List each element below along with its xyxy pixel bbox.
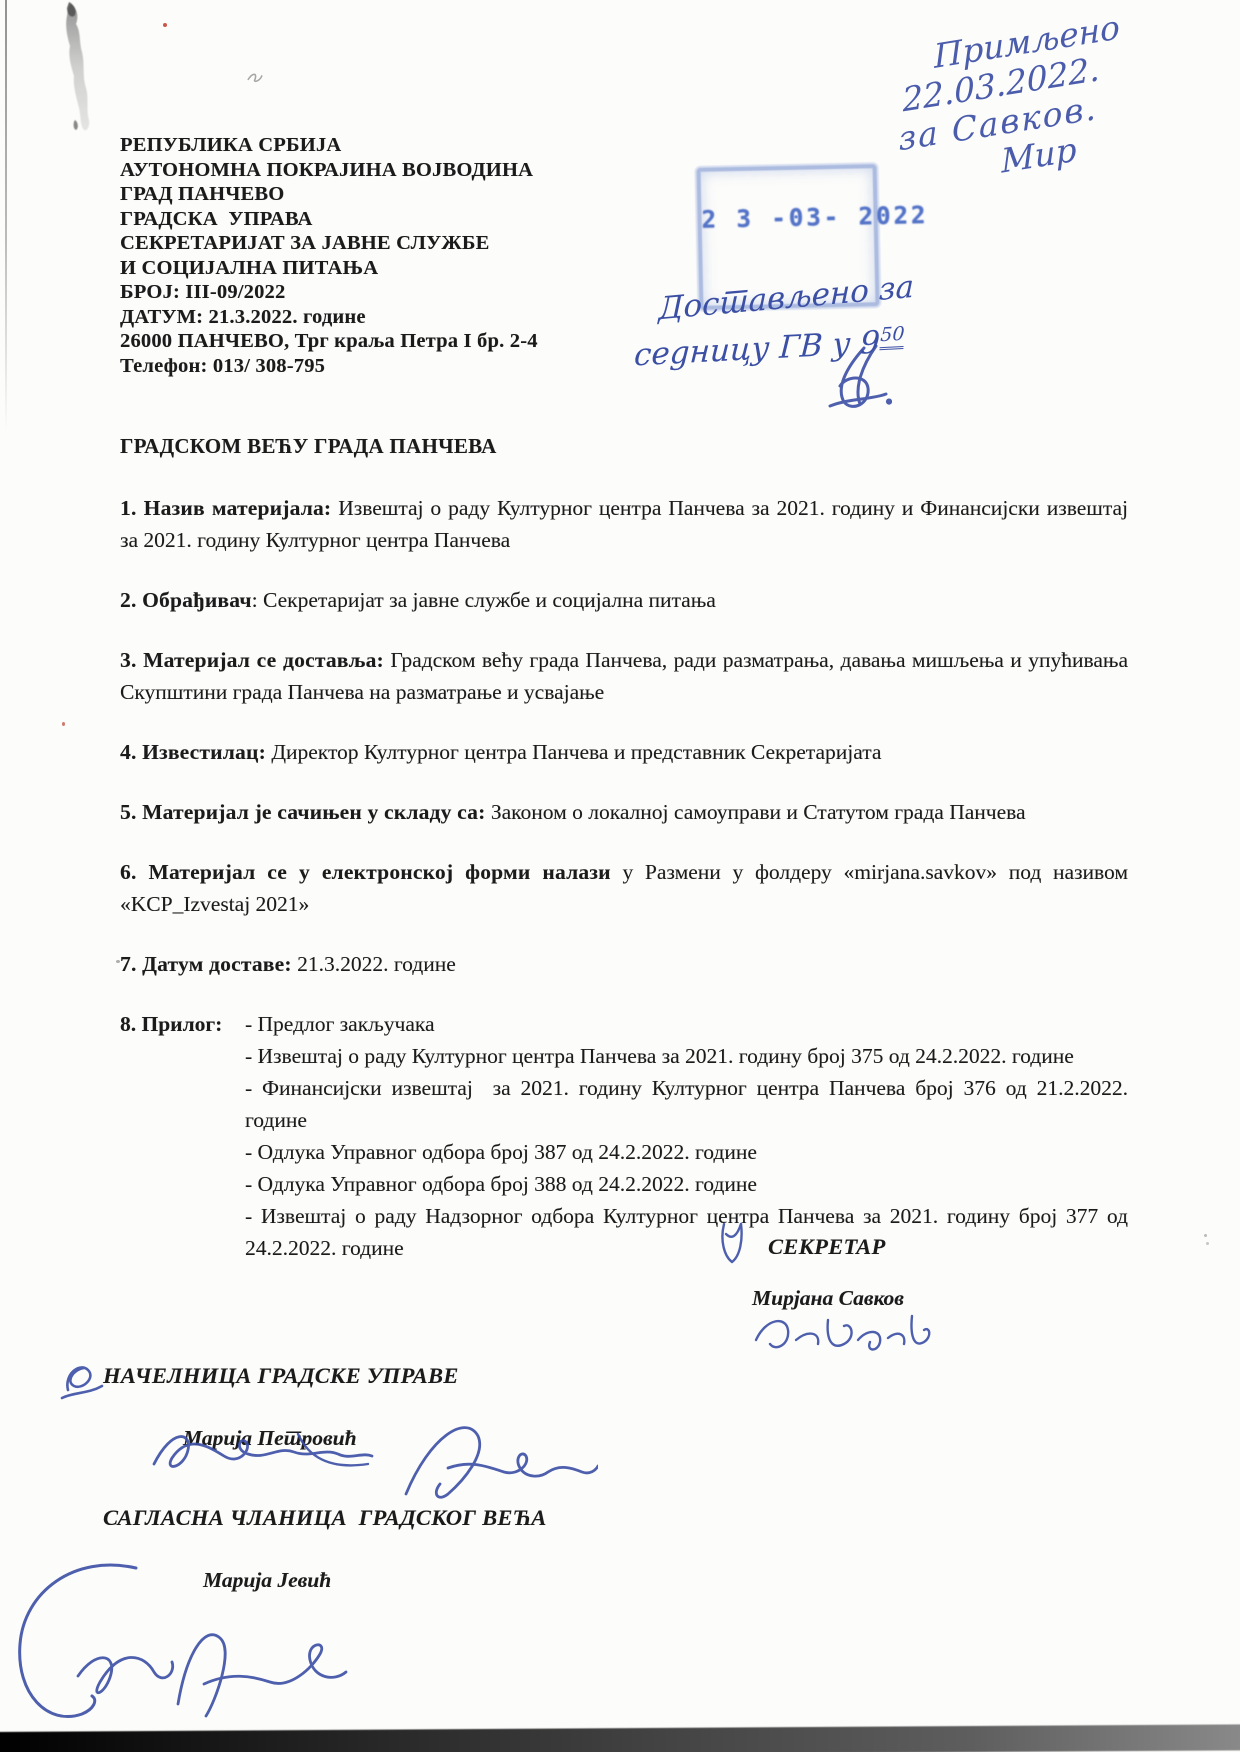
consent-member-title: САГЛАСНА ЧЛАНИЦА ГРАДСКОГ ВЕЋА — [103, 1505, 547, 1531]
attachment-item: - Финансијски извештај за 2021. годину К… — [245, 1072, 1128, 1136]
handwritten-initials-paraph — [812, 342, 892, 412]
attachments-list: - Предлог закључака- Извештај о раду Кул… — [245, 1008, 1128, 1264]
item-label: 2. Обрађивач — [120, 588, 252, 612]
small-ink-scribble — [60, 1358, 104, 1404]
letterhead-line: Телефон: 013/ 308-795 — [120, 354, 1128, 379]
numbered-item: 7. Датум доставе: 21.3.2022. године — [120, 948, 1128, 980]
item-label: 5. Материјал је сачињен у складу са: — [120, 800, 485, 824]
item-label: 3. Материјал се доставља: — [120, 648, 384, 672]
red-speck-artifact — [163, 23, 167, 27]
item-text: Директор Културног центра Панчева и пред… — [266, 740, 881, 764]
attachment-item: - Одлука Управног одбора број 388 од 24.… — [245, 1168, 1128, 1200]
numbered-item: 2. Обрађивач: Секретаријат за јавне служ… — [120, 584, 1128, 616]
attachment-item: - Извештај о раду Надзорног одбора Култу… — [245, 1200, 1128, 1264]
stamp-date: 2 3 -03- 2022 — [701, 202, 874, 234]
numbered-item: 5. Материјал је сачињен у складу са: Зак… — [120, 796, 1128, 828]
signature-marija-jevic — [8, 1552, 348, 1732]
gray-speck-artifact — [1204, 1234, 1207, 1237]
small-ink-mark — [716, 1218, 746, 1266]
signature-mirjana-savkov — [748, 1300, 938, 1360]
attachments-section: 8. Прилог: - Предлог закључака- Извештај… — [120, 1008, 1128, 1264]
scan-edge-line — [5, 0, 7, 432]
document-body: РЕПУБЛИКА СРБИЈААУТОНОМНА ПОКРАЈИНА ВОЈВ… — [120, 133, 1128, 1264]
item-label: 4. Известилац: — [120, 740, 266, 764]
item-text: 21.3.2022. године — [292, 952, 456, 976]
numbered-item: 3. Материјал се доставља: Градском већу … — [120, 644, 1128, 708]
attachment-item: - Извештај о раду Културног центра Панче… — [245, 1040, 1128, 1072]
left-signatory-title: НАЧЕЛНИЦА ГРАДСКЕ УПРАВЕ — [103, 1363, 459, 1389]
attachment-item: - Предлог закључака — [245, 1008, 1128, 1040]
letterhead-line: И СОЦИЈАЛНА ПИТАЊА — [120, 256, 1128, 281]
numbered-item: 4. Известилац: Директор Културног центра… — [120, 736, 1128, 768]
gray-speck-artifact — [1206, 1242, 1209, 1245]
red-speck-artifact — [62, 722, 65, 726]
scanned-document-page: РЕПУБЛИКА СРБИЈААУТОНОМНА ПОКРАЈИНА ВОЈВ… — [0, 0, 1240, 1752]
letterhead-line: 26000 ПАНЧЕВО, Трг краља Петра I бр. 2-4 — [120, 329, 1128, 354]
numbered-item: 6. Материјал се у електронској форми нал… — [120, 856, 1128, 920]
attachment-item: - Одлука Управног одбора број 387 од 24.… — [245, 1136, 1128, 1168]
item-label: 7. Датум доставе: — [120, 952, 292, 976]
letterhead-line: ГРАДСКА УПРАВА — [120, 207, 1128, 232]
numbered-item: 1. Назив материјала: Извештај о раду Кул… — [120, 492, 1128, 556]
right-signatory-title: СЕКРЕТАР — [768, 1234, 886, 1260]
gray-mark-artifact — [246, 68, 264, 84]
item-label: 6. Материјал се у електронској форми нал… — [120, 860, 611, 884]
signature-marija-petrovic — [148, 1406, 598, 1506]
numbered-items: 1. Назив материјала: Извештај о раду Кул… — [120, 492, 1128, 980]
scan-smudge-artifact — [55, 2, 100, 137]
letterhead-line: ГРАД ПАНЧЕВО — [120, 182, 1128, 207]
attachments-label: 8. Прилог: — [120, 1008, 222, 1040]
letterhead-line: СЕКРЕТАРИЈАТ ЗА ЈАВНЕ СЛУЖБЕ — [120, 231, 1128, 256]
item-text: : Секретаријат за јавне службе и социјал… — [252, 588, 716, 612]
item-label: 1. Назив материјала: — [120, 496, 331, 520]
addressee-line: ГРАДСКОМ ВЕЋУ ГРАДА ПАНЧЕВА — [120, 430, 1128, 462]
letterhead-line: БРОЈ: III-09/2022 — [120, 280, 1128, 305]
letterhead-line: ДАТУМ: 21.3.2022. године — [120, 305, 1128, 330]
item-text: Законом о локалној самоуправи и Статутом… — [485, 800, 1025, 824]
